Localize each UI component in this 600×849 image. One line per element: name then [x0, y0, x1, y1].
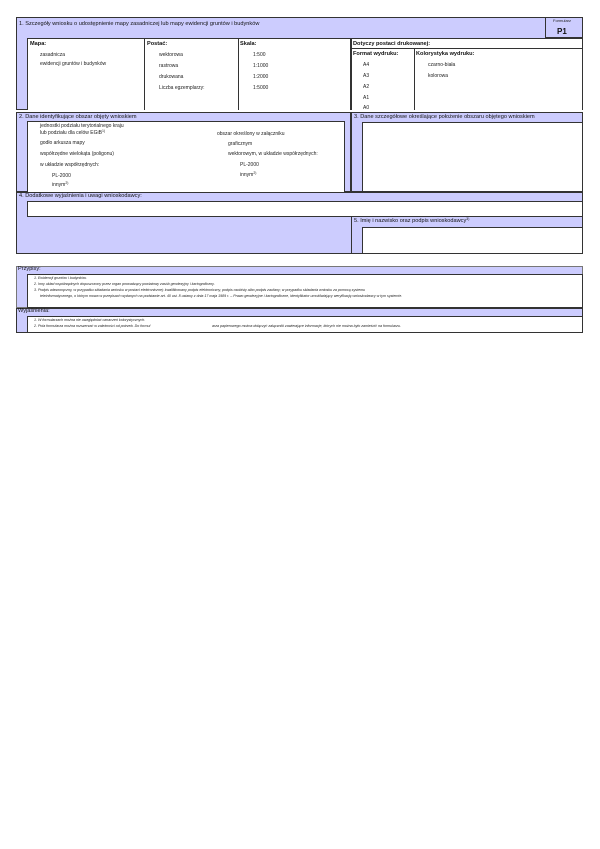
mapa-header: Mapa: [30, 41, 46, 48]
divider [414, 48, 415, 110]
unit-line2[interactable]: lub podziału dla celów EGiB1) [40, 130, 105, 136]
explanations-title: Wyjaśnienia: [18, 308, 50, 315]
color-header: Kolorystyka wydruku: [416, 51, 474, 58]
postac-option-wektorowa[interactable]: wektorowa [159, 52, 183, 58]
divider [144, 38, 145, 110]
skala-option-5000[interactable]: 1:5000 [253, 85, 268, 91]
footnote-ref: 3) [466, 217, 469, 221]
postac-header: Postać: [147, 41, 167, 48]
map-options-box [27, 38, 351, 110]
unit-line2-text: lub podziału dla celów EGiB [40, 130, 102, 136]
sheet-option[interactable]: godło arkusza mapy [40, 140, 85, 146]
format-option-a1[interactable]: A1 [363, 95, 369, 101]
skala-option-500[interactable]: 1:500 [253, 52, 266, 58]
section-3-input[interactable] [362, 122, 583, 192]
footnote-3: 3. Podpis własnoręczny, w przypadku skła… [34, 288, 365, 293]
unit-line1[interactable]: jednostki podziału terytorialnego kraju [40, 123, 124, 129]
skala-option-1000[interactable]: 1:1000 [253, 63, 268, 69]
attachment-label: obszar określony w załączniku [217, 131, 285, 137]
section-1-title: 1. Szczegóły wniosku o udostępnienie map… [19, 21, 259, 28]
format-option-a4[interactable]: A4 [363, 62, 369, 68]
divider [351, 48, 583, 49]
section-5-title-text: 5. Imię i nazwisko oraz podpis wnioskoda… [354, 218, 466, 224]
mapa-option-zasadnicza[interactable]: zasadnicza [40, 52, 65, 58]
format-option-a2[interactable]: A2 [363, 84, 369, 90]
footnote-1: 1. Ewidencji gruntów i budynków. [34, 276, 87, 281]
footnote-ref: 2) [253, 171, 256, 175]
polygon-option[interactable]: współrzędne wielokąta (poligonu) [40, 151, 114, 157]
footnote-3-cont: teleinformatycznego, o którym mowa w prz… [40, 294, 402, 299]
right-other-text: innym [240, 172, 253, 178]
section-4-input[interactable] [27, 201, 583, 217]
postac-option-rastrowa[interactable]: rastrowa [159, 63, 178, 69]
divider [351, 217, 352, 254]
footnote-ref: 1) [102, 129, 105, 133]
format-header: Format wydruku: [353, 51, 398, 58]
in-system-label: w układzie współrzędnych: [40, 162, 99, 168]
postac-option-drukowana[interactable]: drukowana [159, 74, 183, 80]
vector-option[interactable]: wektorowym, w układzie współrzędnych: [228, 151, 318, 157]
skala-header: Skala: [240, 41, 256, 48]
skala-option-2000[interactable]: 1:2000 [253, 74, 268, 80]
section-4-title: 4. Dodatkowe wyjaśnienia i uwagi wniosko… [19, 193, 142, 200]
explanation-2: 2. Pola formularza można rozszerzać w za… [34, 324, 150, 329]
color-option-color[interactable]: kolorowa [428, 73, 448, 79]
footnotes-title: Przypisy: [18, 266, 41, 273]
footnote-ref: 2) [65, 181, 68, 185]
printed-header: Dotyczy postaci drukowanej: [353, 41, 430, 48]
left-pl2000-option[interactable]: PL-2000 [52, 173, 71, 179]
right-other-option[interactable]: innym2) [240, 172, 256, 178]
footnote-2: 2. Inny układ współrzędnych dopuszczony … [34, 282, 215, 287]
section-2-title: 2. Dane identyfikujące obszar objęty wni… [19, 114, 137, 121]
format-option-a0[interactable]: A0 [363, 105, 369, 111]
mapa-option-egib[interactable]: ewidencji gruntów i budynków [40, 61, 106, 67]
left-other-text: innym [52, 182, 65, 188]
explanation-1: 1. W formularzach można nie uwzględniać … [34, 318, 145, 323]
color-option-bw[interactable]: czarno-biała [428, 62, 455, 68]
explanation-2-cont: arza papierowego można dołączyć załączni… [212, 324, 401, 329]
graphic-option[interactable]: graficznym [228, 141, 252, 147]
format-option-a3[interactable]: A3 [363, 73, 369, 79]
form-code: P1 [557, 27, 567, 36]
signature-input[interactable] [362, 227, 583, 254]
form-label: Formularz [553, 18, 571, 24]
divider [238, 38, 239, 110]
section-5-title: 5. Imię i nazwisko oraz podpis wnioskoda… [354, 218, 469, 225]
left-other-option[interactable]: innym2) [52, 182, 68, 188]
postac-copies-label: Liczba egzemplarzy: [159, 85, 205, 91]
section-3-title: 3. Dane szczegółowe określające położeni… [354, 114, 535, 121]
right-pl2000-option[interactable]: PL-2000 [240, 162, 259, 168]
